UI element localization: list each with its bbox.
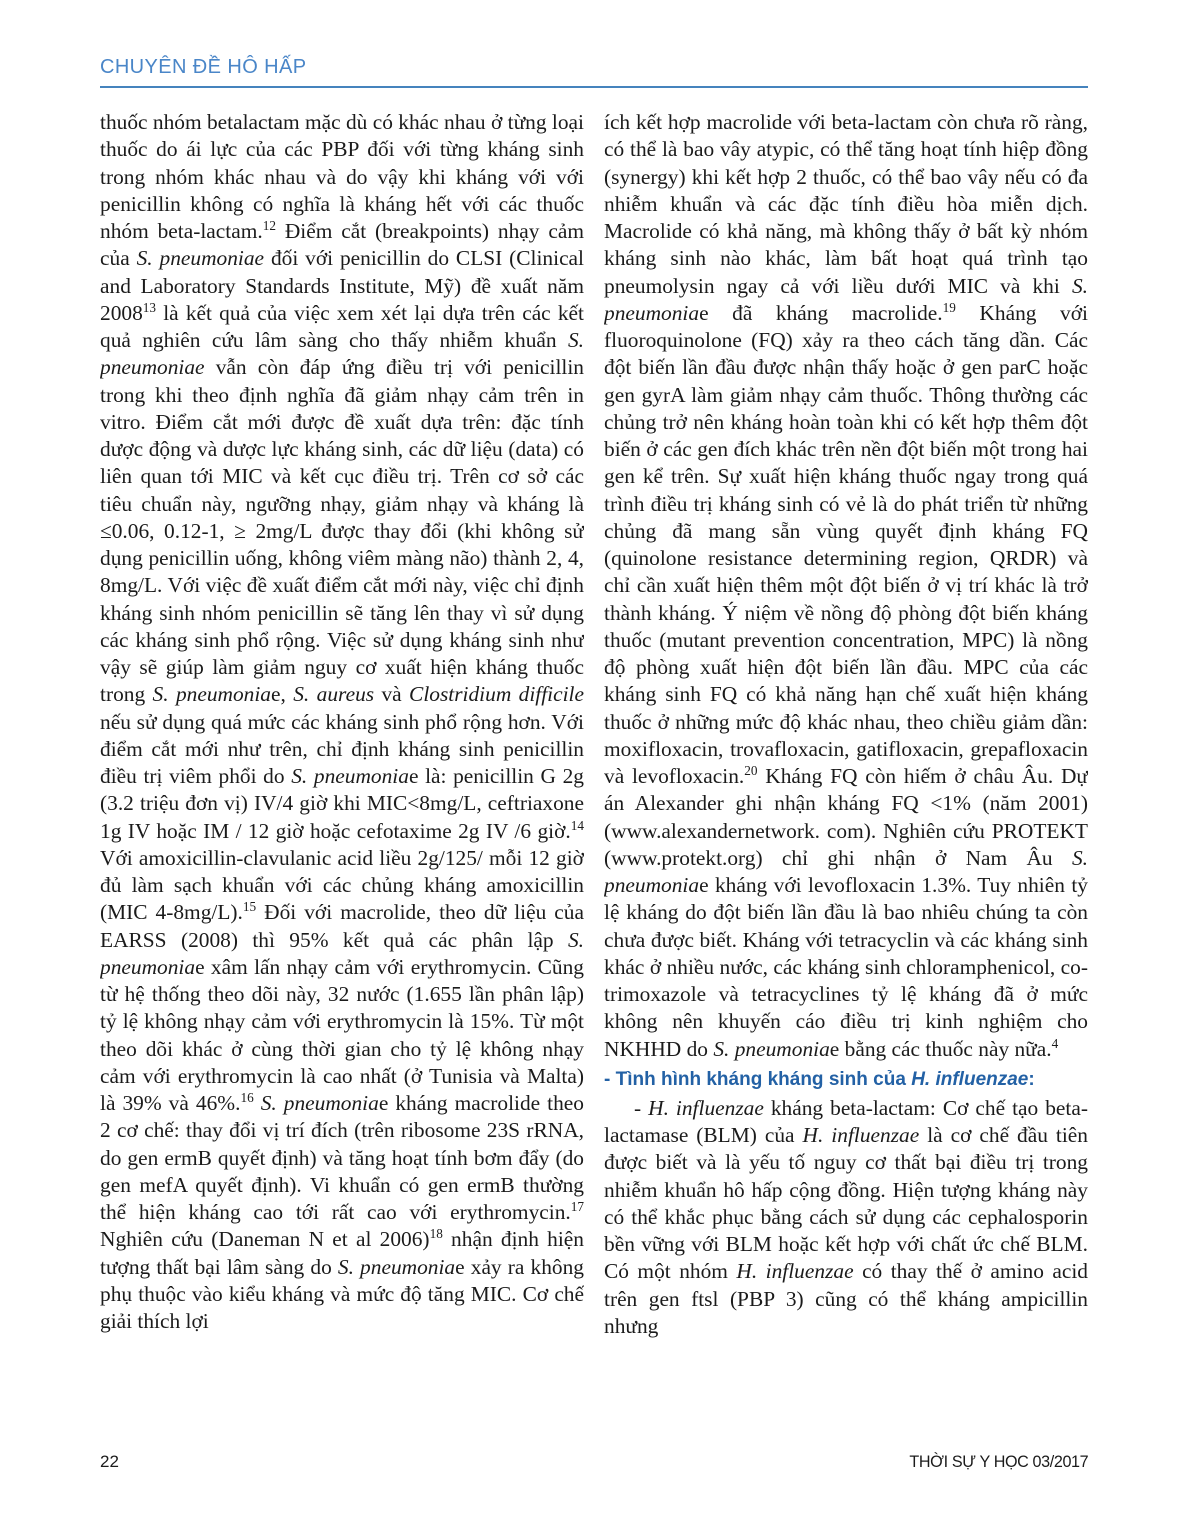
body-paragraph: thuốc nhóm betalactam mặc dù có khác nha… <box>100 109 584 1335</box>
page-number: 22 <box>100 1452 119 1472</box>
body-paragraph: ích kết hợp macrolide với beta-lactam cò… <box>604 109 1088 1063</box>
header-rule <box>100 86 1088 88</box>
section-title: CHUYÊN ĐỀ HÔ HẤP <box>100 56 1088 79</box>
right-column: ích kết hợp macrolide với beta-lactam cò… <box>604 109 1088 1457</box>
subsection-heading: - Tình hình kháng kháng sinh của H. infl… <box>604 1067 1088 1092</box>
page-footer: 22 THỜI SỰ Y HỌC 03/2017 <box>100 1452 1088 1472</box>
left-column: thuốc nhóm betalactam mặc dù có khác nha… <box>100 109 584 1457</box>
journal-name: THỜI SỰ Y HỌC 03/2017 <box>909 1452 1088 1472</box>
journal-page: CHUYÊN ĐỀ HÔ HẤP thuốc nhóm betalactam m… <box>0 0 1189 1539</box>
page-header: CHUYÊN ĐỀ HÔ HẤP <box>100 56 1088 88</box>
article-body: thuốc nhóm betalactam mặc dù có khác nha… <box>100 109 1088 1457</box>
body-paragraph: - H. influenzae kháng beta-lactam: Cơ ch… <box>604 1095 1088 1340</box>
